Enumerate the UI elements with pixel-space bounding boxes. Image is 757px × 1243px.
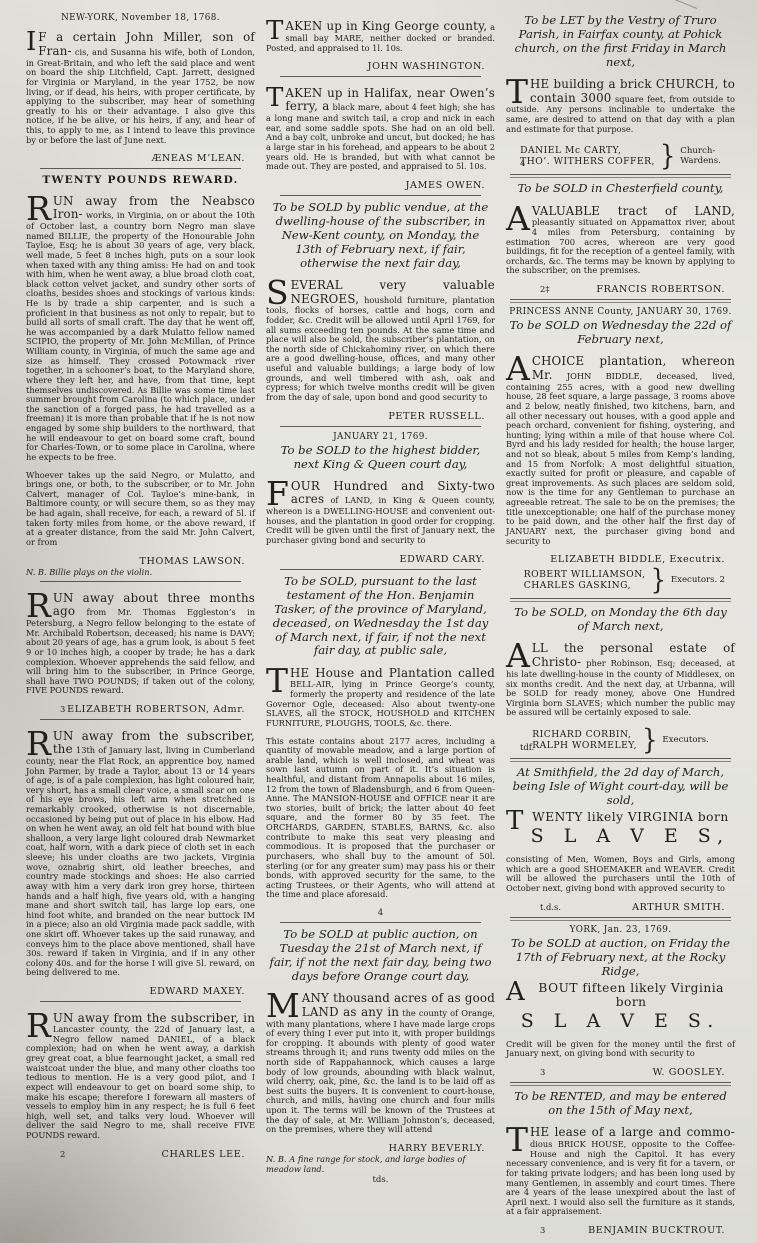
ad-smithfield-slaves: At Smithfield, the 2d day of March, bein…: [506, 766, 735, 913]
ad-body-2: Whoever takes up the said Negro, or Mula…: [26, 471, 255, 548]
ad-runaway-daniel: RUN away from the subscriber, in Lancast…: [26, 1012, 255, 1160]
insertion-mark: 3: [540, 1225, 545, 1235]
ad-heading: To be SOLD, on Monday the 6th day of Mar…: [509, 606, 732, 634]
section-divider: [510, 917, 731, 921]
insertion-mark: 4: [520, 158, 525, 168]
drop-cap: R: [26, 730, 53, 757]
drop-cap: T: [506, 810, 526, 832]
brace-glyph: }: [642, 724, 657, 756]
ad-newkent-vendue: To be SOLD by public vendue, at the dwel…: [266, 201, 495, 422]
ad-body: Credit will be given for the money until…: [506, 1040, 735, 1059]
ad-body: RUN away from the subscriber, in Lancast…: [26, 1012, 255, 1141]
ad-heading: To be SOLD in Chesterfield county,: [509, 182, 732, 196]
column-right: To be LET by the Vestry of Truro Parish,…: [506, 12, 735, 1237]
ad-signature: 2CHARLES LEE.: [26, 1149, 245, 1160]
drop-cap: T: [266, 667, 290, 694]
ad-brick-house-lease: To be RENTED, and may be entered on the …: [506, 1090, 735, 1236]
ad-signature-group: ROBERT WILLIAMSON, CHARLES GASKING, } Ex…: [506, 566, 735, 594]
ad-dateline: JANUARY 21, 1769.: [266, 432, 495, 442]
drop-cap: M: [266, 992, 302, 1019]
ad-truro-parish-church: To be LET by the Vestry of Truro Parish,…: [506, 14, 735, 170]
ad-signature-group: tdf. RICHARD CORBIN, RALPH WORMELEY, } E…: [506, 726, 735, 754]
section-divider: [40, 168, 241, 170]
ad-orange-county-land: To be SOLD at public auction, on Tuesday…: [266, 928, 495, 1185]
signatory-role: Executors.: [671, 575, 717, 586]
ad-signature: EDWARD MAXEY.: [26, 986, 245, 997]
newspaper-page: NEW-YORK, November 18, 1768. IF a certai…: [0, 0, 757, 1243]
ad-signature: JAMES OWEN.: [266, 180, 485, 191]
section-divider: [510, 1082, 731, 1086]
section-divider: [510, 174, 731, 178]
ad-body: TAKEN up in King George county, a small …: [266, 20, 495, 53]
ad-signature: t.d.s.ARTHUR SMITH.: [506, 902, 725, 913]
ad-body: IF a certain John Miller, son of Fran- c…: [26, 31, 255, 145]
ad-lead-line: ABOUT fifteen likely Virginia born: [506, 981, 735, 1009]
drop-cap: F: [266, 480, 291, 507]
insertion-mark: 3: [60, 704, 65, 714]
drop-cap: A: [506, 642, 532, 669]
ad-signature: THOMAS LAWSON.: [26, 556, 245, 567]
drop-cap: R: [26, 592, 53, 619]
ad-heading: To be SOLD, pursuant to the last testame…: [269, 575, 492, 658]
ad-body: RUN away about three months ago from Mr.…: [26, 592, 255, 696]
insertion-mark: tds.: [266, 1175, 495, 1185]
ad-dateline: PRINCESS ANNE County, JANUARY 30, 1769.: [506, 307, 735, 317]
ad-display-word: S L A V E S.: [506, 1010, 735, 1032]
ad-postscript: N. B. Billie plays on the violin.: [26, 568, 255, 578]
signatory-role: Executors.: [662, 735, 708, 746]
ad-heading: To be SOLD at auction, on Friday the 17t…: [509, 937, 732, 979]
column-left: NEW-YORK, November 18, 1768. IF a certai…: [26, 12, 255, 1237]
ad-body: THE House and Plantation called BELL-AIR…: [266, 667, 495, 729]
ad-signature: HARRY BEVERLY.: [266, 1143, 485, 1154]
section-divider: [510, 758, 731, 762]
ad-heading: To be LET by the Vestry of Truro Parish,…: [509, 14, 732, 70]
section-divider: [40, 581, 241, 583]
ad-dateline: YORK, Jan. 23, 1769.: [506, 925, 735, 935]
ad-body: THE lease of a large and commo- dious BR…: [506, 1126, 735, 1217]
ad-taken-up-mare: TAKEN up in King George county, a small …: [266, 20, 495, 72]
signatory-names: ROBERT WILLIAMSON, CHARLES GASKING,: [524, 569, 646, 592]
brace-glyph: }: [651, 564, 666, 596]
section-divider: [280, 426, 481, 428]
section-divider: [280, 569, 481, 571]
insertion-mark: 4: [266, 908, 495, 918]
ad-land-king-queen: JANUARY 21, 1769. To be SOLD to the high…: [266, 432, 495, 565]
ad-body: AVALUABLE tract of LAND, pleasantly situ…: [506, 205, 735, 276]
ad-robinson-estate: To be SOLD, on Monday the 6th day of Mar…: [506, 606, 735, 754]
drop-cap: S: [266, 279, 291, 306]
ad-title: TWENTY POUNDS REWARD.: [26, 174, 255, 186]
signatory-names: RICHARD CORBIN, RALPH WORMELEY,: [532, 729, 637, 752]
ad-runaway-parmer: RUN away from the subscriber, the 13th o…: [26, 730, 255, 998]
ad-display-word: S L A V E S,: [506, 825, 735, 847]
insertion-mark: 2: [60, 1149, 65, 1159]
section-divider: [280, 922, 481, 924]
ad-signature: 2‡FRANCIS ROBERTSON.: [506, 284, 725, 295]
ad-taken-up-halifax: TAKEN up in Halifax, near Owen’s ferry, …: [266, 87, 495, 191]
ad-heading: To be SOLD at public auction, on Tuesday…: [269, 928, 492, 984]
drop-cap: A: [506, 355, 532, 382]
section-divider: [280, 195, 481, 197]
ad-bellair-plantation: To be SOLD, pursuant to the last testame…: [266, 575, 495, 918]
drop-cap: T: [506, 78, 530, 105]
drop-cap: T: [266, 20, 285, 42]
ad-signature: 3W. GOOSLEY.: [506, 1067, 725, 1078]
ad-heading: To be SOLD by public vendue, at the dwel…: [269, 201, 492, 271]
ad-body: SEVERAL very valuable NEGROES, houshold …: [266, 279, 495, 403]
insertion-mark: 3: [540, 1067, 545, 1077]
ad-chesterfield-land: To be SOLD in Chesterfield county, AVALU…: [506, 182, 735, 295]
ad-dateline: NEW-YORK, November 18, 1768.: [26, 13, 255, 23]
ad-signature: JOHN WASHINGTON.: [266, 61, 485, 72]
column-middle: TAKEN up in King George county, a small …: [266, 12, 495, 1237]
ad-signature-group: 4 DANIEL Mc CARTY, THO’. WITHERS COFFER,…: [506, 142, 735, 170]
drop-cap: A: [506, 205, 532, 232]
ad-heading: To be SOLD to the highest bidder, next K…: [269, 444, 492, 472]
insertion-mark: t.d.s.: [540, 902, 561, 912]
ad-runaway-davy: RUN away about three months ago from Mr.…: [26, 592, 255, 716]
ad-heading: At Smithfield, the 2d day of March, bein…: [509, 766, 732, 808]
ad-body: RUN away from the subscriber, the 13th o…: [26, 730, 255, 978]
ad-reward-billie: TWENTY POUNDS REWARD. RUN away from the …: [26, 174, 255, 577]
signatory-role: Church- Wardens.: [680, 146, 721, 167]
section-divider: [280, 76, 481, 78]
ad-body: FOUR Hundred and Sixty-two acres of LAND…: [266, 480, 495, 546]
drop-cap: R: [26, 195, 53, 222]
ad-body: RUN away from the Neabsco Iron- works, i…: [26, 195, 255, 463]
ad-signature: ELIZABETH BIDDLE, Executrix.: [506, 554, 725, 565]
ad-rocky-ridge-slaves: YORK, Jan. 23, 1769. To be SOLD at aucti…: [506, 925, 735, 1078]
insertion-mark: 2‡: [540, 284, 550, 294]
ad-body: THE building a brick CHURCH, to contain …: [506, 78, 735, 134]
ad-miller-estate: NEW-YORK, November 18, 1768. IF a certai…: [26, 13, 255, 164]
ad-heading: To be RENTED, and may be entered on the …: [509, 1090, 732, 1118]
ad-signature: ÆNEAS M’LEAN.: [26, 153, 245, 164]
ad-signature: 3ELIZABETH ROBERTSON, Admr.: [26, 704, 245, 715]
section-divider: [510, 299, 731, 303]
section-divider: [40, 719, 241, 721]
ad-postscript: N. B. A fine range for stock, and large …: [266, 1155, 495, 1174]
drop-cap: A: [506, 981, 527, 1003]
ad-lead-line: TWENTY likely VIRGINIA born: [506, 810, 735, 824]
drop-cap: R: [26, 1012, 53, 1039]
drop-cap: T: [506, 1126, 530, 1153]
ad-body: MANY thousand acres of as good LAND as a…: [266, 992, 495, 1135]
ad-body: ACHOICE plantation, whereon Mr. JOHN BID…: [506, 355, 735, 546]
ad-body-2: This estate contains about 2177 acres, i…: [266, 737, 495, 900]
ad-signature: EDWARD CARY.: [266, 554, 485, 565]
ad-signature: PETER RUSSELL.: [266, 411, 485, 422]
drop-cap: I: [26, 31, 38, 53]
ad-body: TAKEN up in Halifax, near Owen’s ferry, …: [266, 87, 495, 172]
section-divider: [40, 1001, 241, 1003]
ad-heading: To be SOLD on Wednesday the 22d of Febru…: [509, 319, 732, 347]
drop-cap: T: [266, 87, 285, 109]
ad-signature: 3BENJAMIN BUCKTROUT.: [506, 1225, 725, 1236]
insertion-mark: tdf.: [520, 742, 534, 752]
brace-glyph: }: [660, 140, 675, 172]
ad-body: consisting of Men, Women, Boys and Girls…: [506, 855, 735, 893]
signatory-names: DANIEL Mc CARTY, THO’. WITHERS COFFER,: [520, 145, 655, 168]
ad-body: ALL the personal estate of Christo- pher…: [506, 642, 735, 718]
section-divider: [510, 598, 731, 602]
ad-biddle-plantation: PRINCESS ANNE County, JANUARY 30, 1769. …: [506, 307, 735, 594]
column-layout: NEW-YORK, November 18, 1768. IF a certai…: [0, 0, 757, 1237]
insertion-mark: 2: [720, 575, 725, 585]
